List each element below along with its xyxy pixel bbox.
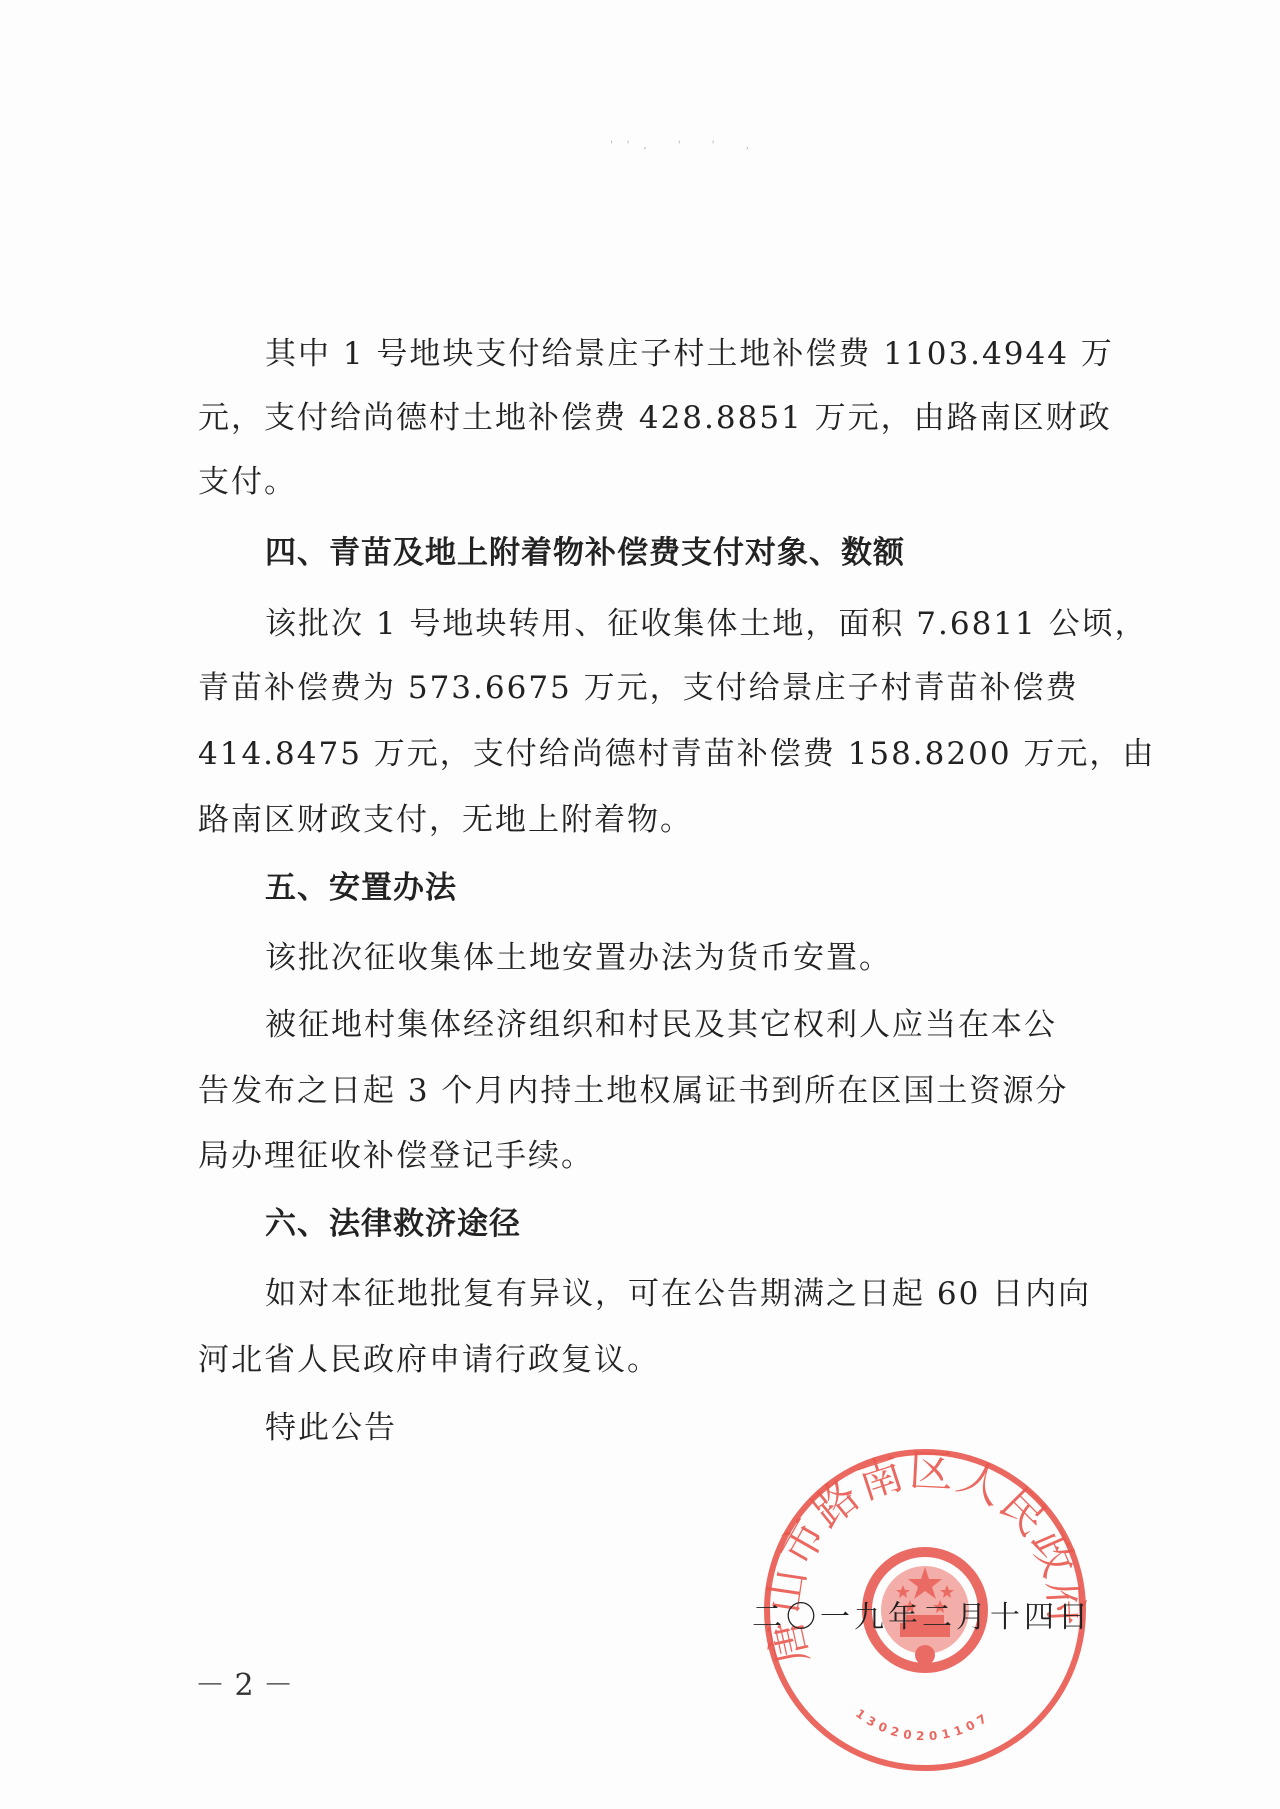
body-line: 其中 1 号地块支付给景庄子村土地补偿费 1103.4944 万 — [265, 334, 1114, 374]
body-line: 青苗补偿费为 573.6675 万元，支付给景庄子村青苗补偿费 — [198, 668, 1079, 708]
body-line: 该批次征收集体土地安置办法为货币安置。 — [265, 938, 892, 978]
body-line: 路南区财政支付，无地上附着物。 — [198, 800, 693, 840]
section-heading-5: 五、安置办法 — [265, 868, 457, 908]
body-line: 告发布之日起 3 个月内持土地权属证书到所在区国土资源分 — [198, 1071, 1068, 1111]
closing-line: 特此公告 — [265, 1408, 397, 1448]
body-line: 该批次 1 号地块转用、征收集体土地，面积 7.6811 公顷， — [265, 604, 1148, 644]
body-line: 支付。 — [198, 462, 297, 502]
body-line: 被征地村集体经济组织和村民及其它权利人应当在本公 — [265, 1005, 1057, 1045]
page-number: － 2 － — [195, 1660, 293, 1704]
body-line: 414.8475 万元，支付给尚德村青苗补偿费 158.8200 万元，由 — [198, 734, 1155, 774]
section-heading-6: 六、法律救济途径 — [265, 1204, 521, 1244]
body-line: 局办理征收补偿登记手续。 — [198, 1136, 594, 1176]
section-heading-4: 四、青苗及地上附着物补偿费支付对象、数额 — [265, 533, 905, 573]
body-line: 如对本征地批复有异议，可在公告期满之日起 60 日内向 — [265, 1274, 1091, 1314]
scan-artifact: '', ' ' , — [610, 140, 763, 151]
body-line: 元，支付给尚德村土地补偿费 428.8851 万元，由路南区财政 — [198, 398, 1112, 438]
document-page: '', ' ' , 其中 1 号地块支付给景庄子村土地补偿费 1103.4944… — [0, 0, 1280, 1809]
body-line: 河北省人民政府申请行政复议。 — [198, 1340, 660, 1380]
issue-date: 二〇一九年二月十四日 — [752, 1592, 1092, 1636]
